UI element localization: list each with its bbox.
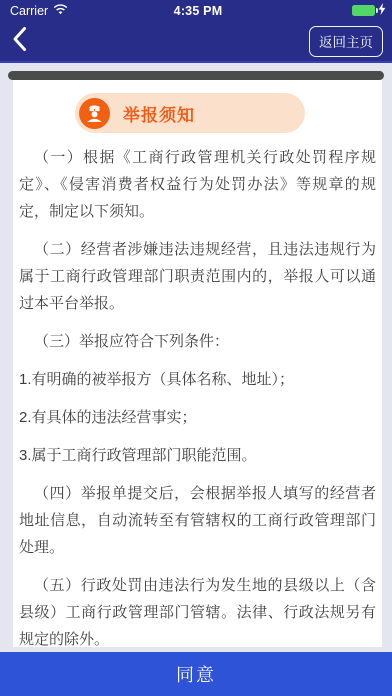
agree-button[interactable]: 同意 <box>0 652 392 696</box>
status-bar: Carrier 4:35 PM <box>0 0 392 21</box>
notice-header-badge: 举报须知 <box>75 93 305 133</box>
charging-bolt-icon <box>378 3 386 18</box>
notice-paragraph-1: （一）根据《工商行政管理机关行政处罚程序规定》、《侵害消费者权益行为处罚办法》等… <box>19 144 376 225</box>
card-top-bar <box>8 71 384 80</box>
back-button[interactable] <box>12 24 33 59</box>
notice-card: 举报须知 （一）根据《工商行政管理机关行政处罚程序规定》、《侵害消费者权益行为处… <box>13 80 382 647</box>
police-officer-icon <box>79 98 110 129</box>
wifi-icon <box>53 4 68 18</box>
chevron-left-icon <box>12 26 27 57</box>
content-page[interactable]: 举报须知 （一）根据《工商行政管理机关行政处罚程序规定》、《侵害消费者权益行为处… <box>0 63 392 652</box>
notice-paragraph-2: （二）经营者涉嫌违法违规经营，且违法违规行为属于工商行政管理部门职责范围内的，举… <box>19 236 376 317</box>
condition-item-3: 3.属于工商行政管理部门职能范围。 <box>19 442 376 469</box>
notice-paragraph-5: （五）行政处罚由违法行为发生地的县级以上（含县级）工商行政管理部门管辖。法律、行… <box>19 572 376 647</box>
nav-bar: 返回主页 <box>0 21 392 63</box>
clock: 4:35 PM <box>130 4 266 18</box>
notice-paragraph-3: （三）举报应符合下列条件： <box>19 328 376 355</box>
condition-item-2: 2.有具体的违法经营事实； <box>19 404 376 431</box>
notice-title: 举报须知 <box>123 101 195 126</box>
condition-item-1: 1.有明确的被举报方（具体名称、地址）； <box>19 366 376 393</box>
battery-icon <box>352 5 375 16</box>
carrier-label: Carrier <box>10 4 48 18</box>
app-screen: Carrier 4:35 PM <box>0 0 392 696</box>
return-home-button[interactable]: 返回主页 <box>309 26 383 57</box>
notice-paragraph-4: （四）举报单提交后，会根据举报人填写的经营者地址信息，自动流转至有管辖权的工商行… <box>19 480 376 561</box>
